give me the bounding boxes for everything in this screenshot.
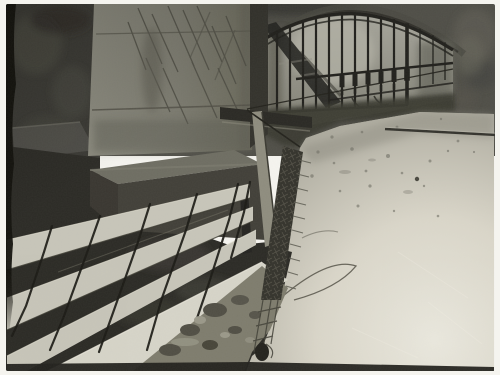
vignette: [6, 4, 495, 371]
photograph: Black-and-white photograph of a basement…: [0, 0, 500, 375]
photo-scene: [0, 0, 500, 375]
